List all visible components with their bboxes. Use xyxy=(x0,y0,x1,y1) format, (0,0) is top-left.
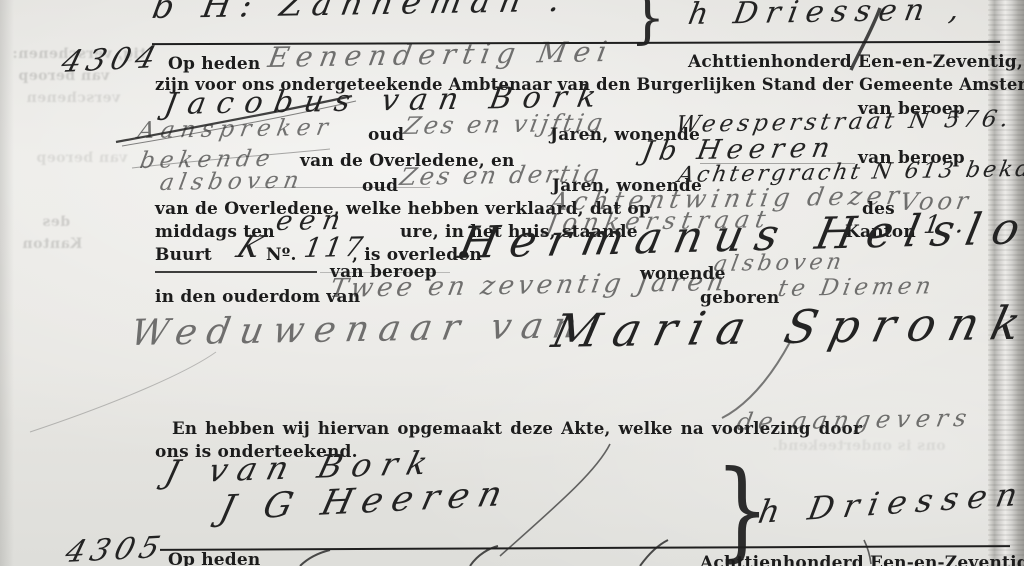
printed-year: Achttienhonderd Een-en-Zeventig, xyxy=(700,555,1024,566)
printed-op-heden: Op heden xyxy=(168,552,260,566)
cutoff-handwriting-stroke xyxy=(640,540,668,566)
printed-year: Achttienhonderd Een-en-Zeventig, xyxy=(688,54,1023,71)
hw-death-hour: een xyxy=(274,207,349,235)
printed-oud: oud xyxy=(368,127,404,144)
hw-deceased-age: Twee en zeventig Jaren xyxy=(328,269,730,302)
bleedthrough-text: van beroep xyxy=(36,150,127,166)
printed-op-heden: Op heden xyxy=(168,56,260,73)
printed-no: Nº. xyxy=(266,247,297,264)
separator-rule xyxy=(160,545,1010,551)
hw-act-date: Eenendertig Mei xyxy=(266,38,616,72)
hw-readers: de aangevers xyxy=(735,406,974,434)
death-record-scan: tig, verschenen: van beroep verschenen v… xyxy=(0,0,1024,566)
printed-buurt: Buurt xyxy=(155,247,212,264)
bleedthrough-text: verschenen xyxy=(26,90,120,106)
printed-oud: oud xyxy=(362,178,398,195)
cutoff-handwriting-stroke xyxy=(300,550,330,566)
hw-widower-of: Weduwenaar van: xyxy=(128,308,612,352)
stray-pen-stroke xyxy=(500,444,610,556)
page-left-edge xyxy=(0,0,14,566)
hw-deceased-residence: alsboven xyxy=(712,252,847,276)
signature-registrar: h Driessen . xyxy=(756,475,1024,528)
struck-blank-line xyxy=(155,271,317,273)
next-record-number: 4305 xyxy=(62,533,168,566)
bleedthrough-text: ons is onderteekend. xyxy=(772,438,946,454)
hw-spouse-name: Maria Spronk xyxy=(548,300,1024,354)
bleedthrough-text: des xyxy=(42,214,70,230)
hw-declarant1-profession: Aanspreker xyxy=(136,117,336,143)
hw-declarant2-profession: alsboven xyxy=(158,170,305,195)
hw-declarant1-address: Weesperstraat N 576. xyxy=(674,108,1014,137)
prev-act-registrar-signature: h Driessen , xyxy=(686,0,970,30)
record-number: 4304 xyxy=(58,43,164,78)
bleedthrough-text: Kanton xyxy=(22,236,82,252)
prev-act-signature: b H: Zanneman . xyxy=(150,0,572,23)
